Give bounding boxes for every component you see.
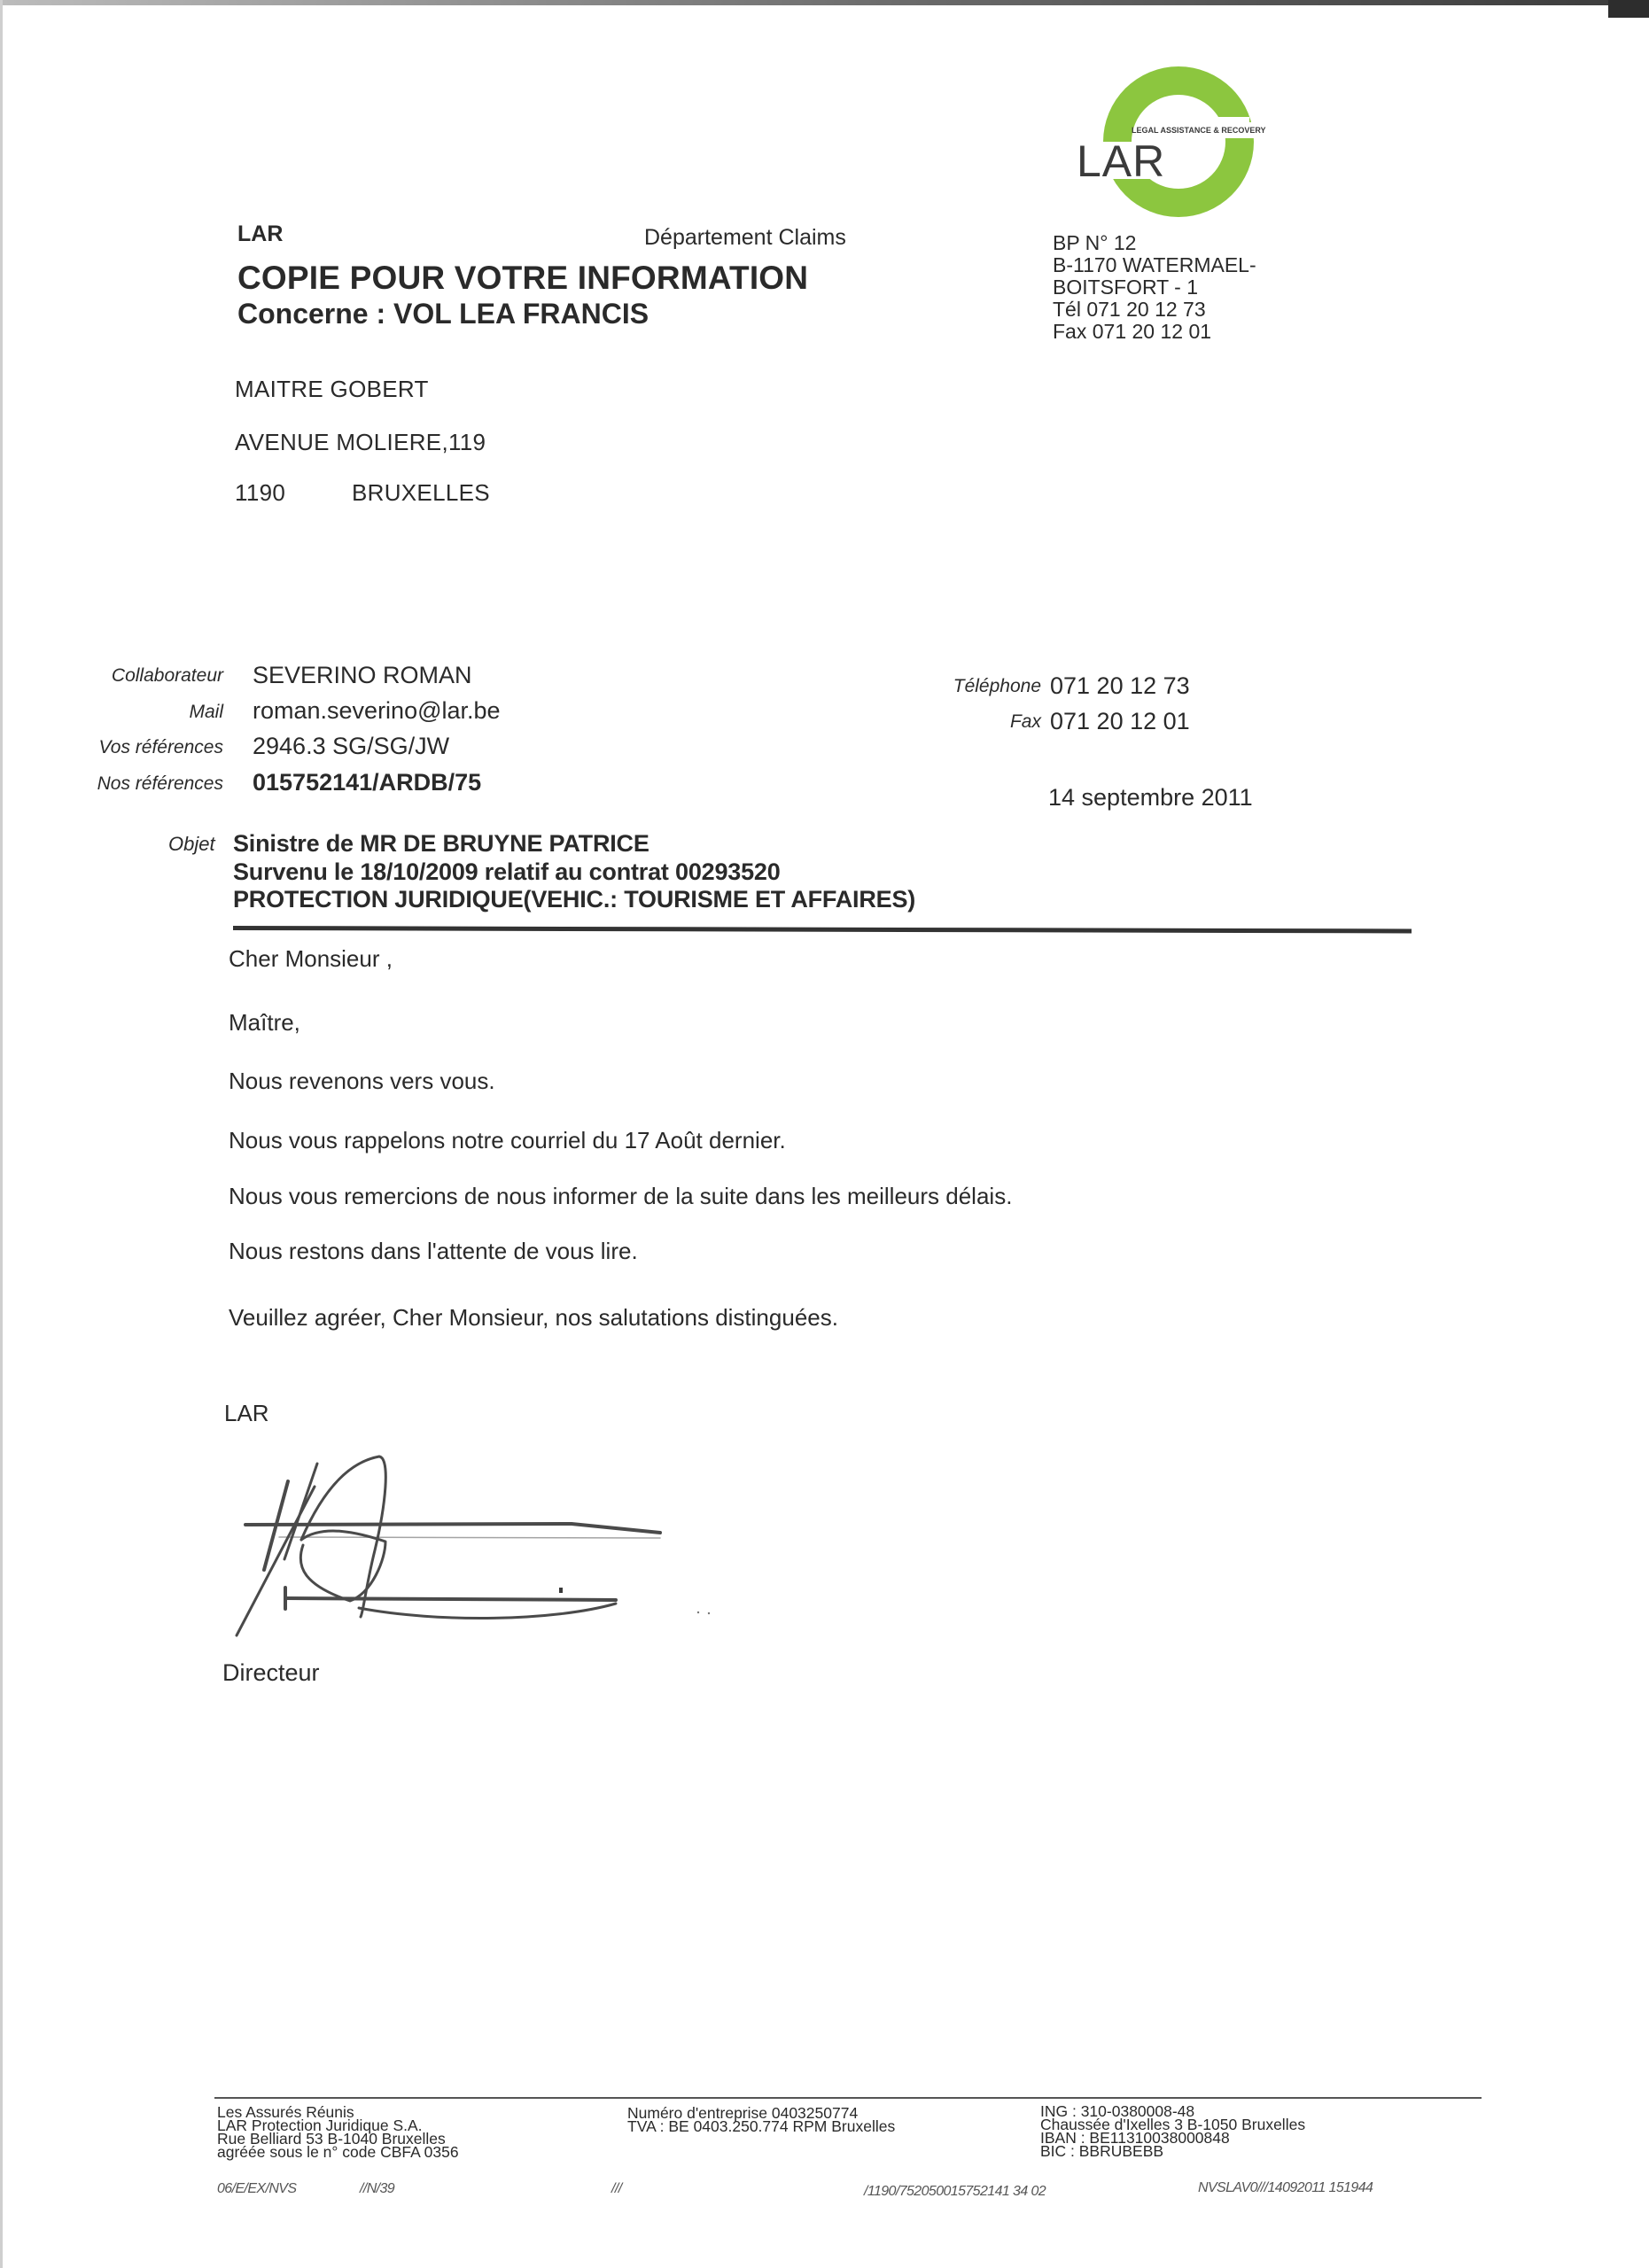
address-fax: Fax 071 20 12 01	[1053, 321, 1256, 343]
address-line: BP N° 12	[1053, 232, 1256, 254]
address-phone: Tél 071 20 12 73	[1053, 299, 1256, 321]
collaborateur-value: SEVERINO ROMAN	[253, 662, 472, 689]
recipient-street: AVENUE MOLIERE,119	[235, 429, 486, 456]
body-paragraph: Nous vous rappelons notre courriel du 17…	[229, 1127, 786, 1154]
footer-company-info: Les Assurés Réunis LAR Protection Juridi…	[217, 2106, 459, 2159]
footer-code: ///	[611, 2181, 622, 2197]
scan-edge-left	[0, 0, 3, 2268]
mail-value[interactable]: roman.severino@lar.be	[253, 697, 501, 725]
document-title: COPIE POUR VOTRE INFORMATION	[237, 260, 808, 297]
telephone-value: 071 20 12 73	[1050, 672, 1190, 700]
footer-code: //N/39	[360, 2181, 394, 2197]
body-paragraph: Maître,	[229, 1009, 300, 1037]
vos-references-label: Vos références	[82, 737, 223, 758]
signature-icon	[217, 1435, 766, 1648]
nos-references-label: Nos références	[82, 773, 223, 795]
footer-bank-info: ING : 310-0380008-48 Chaussée d'Ixelles …	[1040, 2105, 1305, 2158]
fax-label: Fax	[917, 711, 1041, 733]
objet-divider	[233, 926, 1412, 933]
vos-references-value: 2946.3 SG/SG/JW	[253, 733, 449, 760]
footer-code: NVSLAV0///14092011 151944	[1198, 2180, 1373, 2196]
footer-line: agréée sous le n° code CBFA 0356	[217, 2146, 459, 2159]
fax-value: 071 20 12 01	[1050, 708, 1190, 735]
objet-line: Sinistre de MR DE BRUYNE PATRICE	[233, 830, 649, 858]
body-paragraph: Nous vous remercions de nous informer de…	[229, 1183, 1012, 1210]
closing-paragraph: Veuillez agréer, Cher Monsieur, nos salu…	[229, 1304, 838, 1332]
footer-code: 06/E/EX/NVS	[217, 2181, 296, 2197]
footer-code: /1190/752050015752141 34 02	[864, 2184, 1046, 2200]
footer-registration-info: Numéro d'entreprise 0403250774 TVA : BE …	[627, 2107, 895, 2133]
svg-text:LAR: LAR	[1077, 136, 1165, 186]
address-line: B-1170 WATERMAEL-	[1053, 254, 1256, 276]
collaborateur-label: Collaborateur	[82, 665, 223, 687]
objet-line: Survenu le 18/10/2009 relatif au contrat…	[233, 858, 781, 886]
scan-edge-corner	[1608, 0, 1649, 18]
body-paragraph: Nous revenons vers vous.	[229, 1068, 495, 1095]
signature-company: LAR	[224, 1400, 269, 1427]
recipient-postcode: 1190	[235, 479, 285, 507]
signatory-title: Directeur	[222, 1659, 320, 1687]
department-label: Département Claims	[644, 225, 846, 251]
svg-text:LEGAL ASSISTANCE & RECOVERY: LEGAL ASSISTANCE & RECOVERY	[1132, 126, 1266, 135]
objet-label: Objet	[168, 833, 215, 856]
footer-line: TVA : BE 0403.250.774 RPM Bruxelles	[627, 2120, 895, 2133]
recipient-name: MAITRE GOBERT	[235, 376, 429, 403]
concerne-line: Concerne : VOL LEA FRANCIS	[237, 298, 649, 330]
footer-divider	[214, 2097, 1482, 2099]
body-paragraph: Nous restons dans l'attente de vous lire…	[229, 1238, 638, 1265]
lar-logo-icon: LEGAL ASSISTANCE & RECOVERY LAR	[1050, 64, 1280, 232]
footer-line: BIC : BBRUBEBB	[1040, 2145, 1305, 2158]
telephone-label: Téléphone	[917, 676, 1041, 697]
recipient-city: BRUXELLES	[352, 479, 490, 507]
salutation: Cher Monsieur ,	[229, 945, 393, 973]
company-address: BP N° 12 B-1170 WATERMAEL- BOITSFORT - 1…	[1053, 232, 1256, 343]
scan-edge-top	[0, 0, 1649, 5]
objet-line: PROTECTION JURIDIQUE(VEHIC.: TOURISME ET…	[233, 886, 915, 913]
letter-date: 14 septembre 2011	[1048, 784, 1253, 812]
address-line: BOITSFORT - 1	[1053, 276, 1256, 299]
nos-references-value: 015752141/ARDB/75	[253, 769, 481, 796]
sender-short-name: LAR	[237, 221, 283, 247]
mail-label: Mail	[82, 702, 223, 723]
